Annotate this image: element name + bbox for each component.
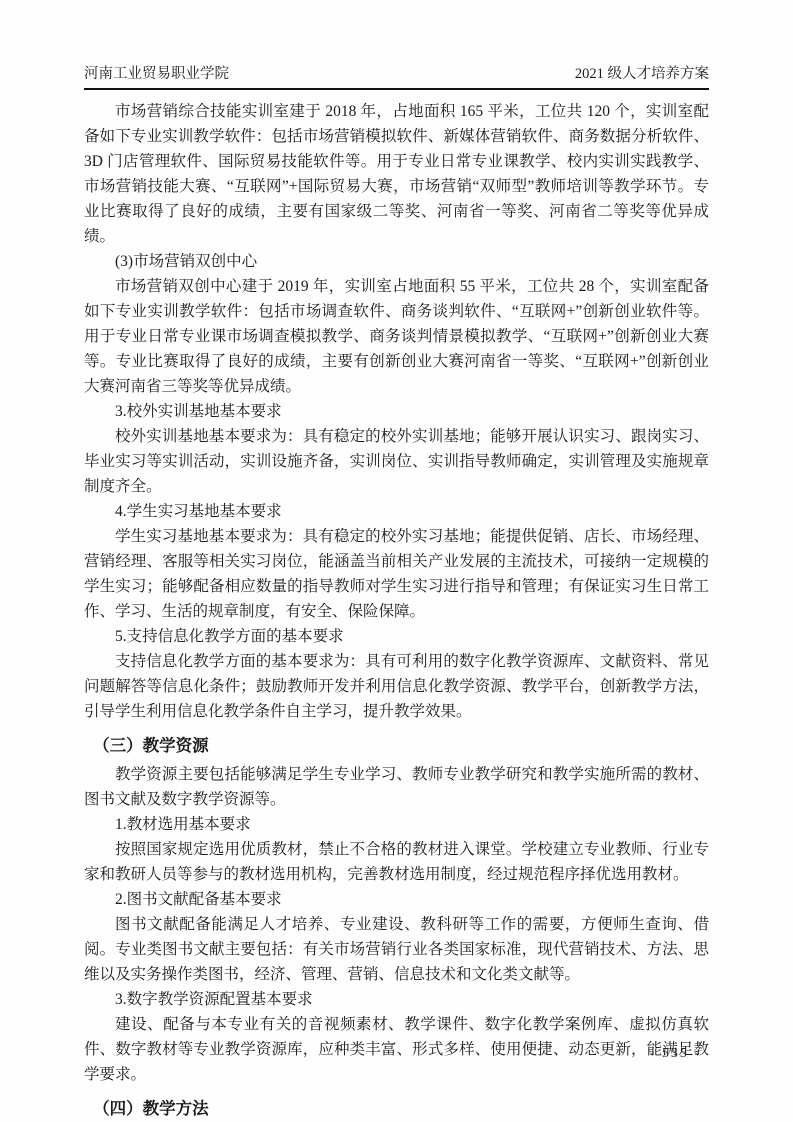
paragraph-library-literature: 图书文献配备能满足人才培养、专业建设、教科研等工作的需要，方便师生查询、借阅。专… bbox=[84, 912, 709, 987]
paragraph-dual-creation-center: 市场营销双创中心建于 2019 年，实训室占地面积 55 平米，工位共 28 个… bbox=[84, 274, 709, 399]
header-plan-title: 2021 级人才培养方案 bbox=[575, 64, 709, 84]
subheading-student-practice-base: 4.学生实习基地基本要求 bbox=[84, 499, 709, 524]
paragraph-textbook-selection: 按照国家规定选用优质教材，禁止不合格的教材进入课堂。学校建立专业教师、行业专家和… bbox=[84, 837, 709, 887]
paragraph-teaching-resources-intro: 教学资源主要包括能够满足学生专业学习、教师专业教学研究和教学实施所需的教材、图书… bbox=[84, 762, 709, 812]
subheading-library-literature: 2.图书文献配备基本要求 bbox=[84, 887, 709, 912]
subheading-3-center: (3)市场营销双创中心 bbox=[84, 249, 709, 274]
paragraph-digital-resources: 建设、配备与本专业有关的音视频素材、教学课件、数字化教学案例库、虚拟仿真软件、数… bbox=[84, 1012, 709, 1087]
document-page: 河南工业贸易职业学院 2021 级人才培养方案 市场营销综合技能实训室建于 20… bbox=[0, 0, 793, 1122]
subheading-textbook-selection: 1.教材选用基本要求 bbox=[84, 812, 709, 837]
page-header: 河南工业贸易职业学院 2021 级人才培养方案 bbox=[84, 64, 709, 90]
header-school-name: 河南工业贸易职业学院 bbox=[84, 64, 229, 84]
page-number: - 535 - bbox=[650, 1046, 701, 1062]
subheading-digital-resources: 3.数字教学资源配置基本要求 bbox=[84, 987, 709, 1012]
paragraph-informatization: 支持信息化教学方面的基本要求为：具有可利用的数字化教学资源库、文献资料、常见问题… bbox=[84, 649, 709, 724]
subheading-off-campus-base: 3.校外实训基地基本要求 bbox=[84, 399, 709, 424]
paragraph-training-room: 市场营销综合技能实训室建于 2018 年，占地面积 165 平米，工位共 120… bbox=[84, 99, 709, 249]
section-heading-teaching-resources: （三）教学资源 bbox=[84, 733, 709, 758]
section-heading-teaching-methods: （四）教学方法 bbox=[84, 1096, 709, 1121]
paragraph-student-practice-base: 学生实习基地基本要求为：具有稳定的校外实习基地；能提供促销、店长、市场经理、营销… bbox=[84, 524, 709, 624]
subheading-informatization: 5.支持信息化教学方面的基本要求 bbox=[84, 624, 709, 649]
paragraph-off-campus-base: 校外实训基地基本要求为：具有稳定的校外实训基地；能够开展认识实习、跟岗实习、毕业… bbox=[84, 424, 709, 499]
document-body: 市场营销综合技能实训室建于 2018 年，占地面积 165 平米，工位共 120… bbox=[84, 99, 709, 1121]
